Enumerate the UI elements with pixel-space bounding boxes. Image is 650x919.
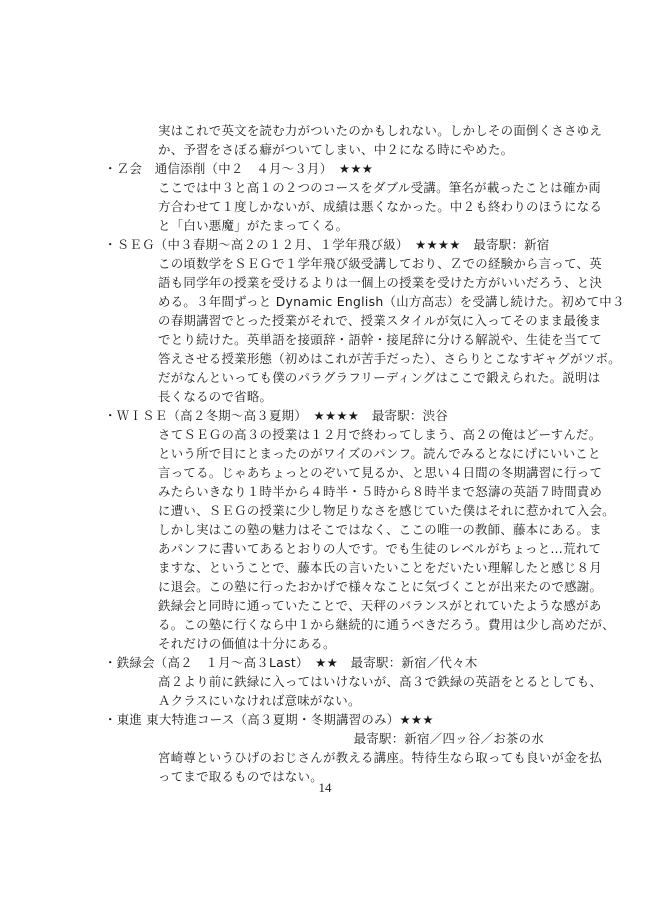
body-line: 高２より前に鉄緑に入ってはいけないが、高３で鉄緑の英語をとるとしても、 [104, 672, 549, 691]
nearest-station-line: 最寄駅：新宿／四ッ谷／お茶の水 [104, 729, 549, 748]
body-line: ここでは中３と高１の２つのコースをダブル受講。筆名が載ったことは確か両 [104, 178, 549, 197]
section-heading-seg: ・ＳＥＧ（中３春期～高２の１２月、１学年飛び級） ★★★★ 最寄駅：新宿 [104, 235, 549, 254]
body-line: Ａクラスにいなければ意味がない。 [104, 691, 549, 710]
body-line: と「白い悪魔」がたまってくる。 [104, 216, 549, 235]
body-line: あパンフに書いてあるとおりの人です。でも生徒のレベルがちょっと…荒れて [104, 539, 549, 558]
page-content: 実はこれで英文を読む力がついたのかもしれない。しかしその面倒くささゆえ か、予習… [104, 121, 549, 786]
body-line: という所で目にとまったのがワイズのパンフ。読んでみるとなにげにいいこと [104, 444, 549, 463]
body-line: る。この塾に行くなら中１から継続的に通うべきだろう。費用は少し高めだが、 [104, 615, 549, 634]
body-line: さてＳＥＧの高３の授業は１２月で終わってしまう、高２の俺はどーすんだ。 [104, 425, 549, 444]
section-heading-wise: ・ＷＩＳＥ（高２冬期～高３夏期） ★★★★ 最寄駅：渋谷 [104, 406, 549, 425]
body-line: だがなんといっても僕のパラグラフリーディングはここで鍛えられた。説明は [104, 368, 549, 387]
body-line: 宮崎尊というひげのおじさんが教える講座。特待生なら取っても良いが金を払 [104, 748, 549, 767]
body-line: 語も同学年の授業を受けるよりは一個上の授業を受けた方がいいだろう、と決 [104, 273, 549, 292]
body-line: に遭い、ＳＥＧの授業に少し物足りなさを感じていた僕はそれに惹かれて入会。 [104, 501, 549, 520]
body-line: でとり続けた。英単語を接頭辞・語幹・接尾辞に分ける解説や、生徒を当てて [104, 330, 549, 349]
section-heading-toshin: ・東進 東大特進コース（高３夏期・冬期講習のみ）★★★ [104, 710, 549, 729]
section-heading-zkai: ・Ｚ会 通信添削（中２ ４月～３月） ★★★ [104, 159, 549, 178]
body-line: 言ってる。じゃあちょっとのぞいて見るか、と思い４日間の冬期講習に行って [104, 463, 549, 482]
body-line: か、予習をさぼる癖がついてしまい、中２になる時にやめた。 [104, 140, 549, 159]
body-line: 実はこれで英文を読む力がついたのかもしれない。しかしその面倒くささゆえ [104, 121, 549, 140]
body-line: 鉄緑会と同時に通っていたことで、天秤のバランスがとれていたような感があ [104, 596, 549, 615]
document-page: 実はこれで英文を読む力がついたのかもしれない。しかしその面倒くささゆえ か、予習… [0, 0, 650, 919]
body-line: みたらいきなり１時半から４時半・５時から８時半まで怒濤の英語７時間責め [104, 482, 549, 501]
body-line: 答えさせる授業形態（初めはこれが苦手だった）、さらりとこなすギャグがツボ。 [104, 349, 549, 368]
body-line: それだけの価値は十分にある。 [104, 634, 549, 653]
page-number: 14 [0, 780, 650, 796]
body-line: 長くなるので省略。 [104, 387, 549, 406]
body-line: ますな、ということで、藤本氏の言いたいことをだいたい理解したと感じ８月 [104, 558, 549, 577]
body-line: 方合わせて１度しかないが、成績は悪くなかった。中２も終わりのほうになる [104, 197, 549, 216]
body-line: しかし実はこの塾の魅力はそこではなく、ここの唯一の教師、藤本にある。ま [104, 520, 549, 539]
body-line: この頃数学をＳＥＧで１学年飛び級受講しており、Ｚでの経験から言って、英 [104, 254, 549, 273]
body-line: める。３年間ずっと Dynamic English（山方高志）を受講し続けた。初… [104, 292, 549, 311]
body-line: に退会。この塾に行ったおかげで様々なことに気づくことが出来たので感謝。 [104, 577, 549, 596]
body-line: の春期講習でとった授業がそれで、授業スタイルが気に入ってそのまま最後ま [104, 311, 549, 330]
section-heading-tetsuryokukai: ・鉄緑会（高２ １月～高３Last） ★★ 最寄駅：新宿／代々木 [104, 653, 549, 672]
